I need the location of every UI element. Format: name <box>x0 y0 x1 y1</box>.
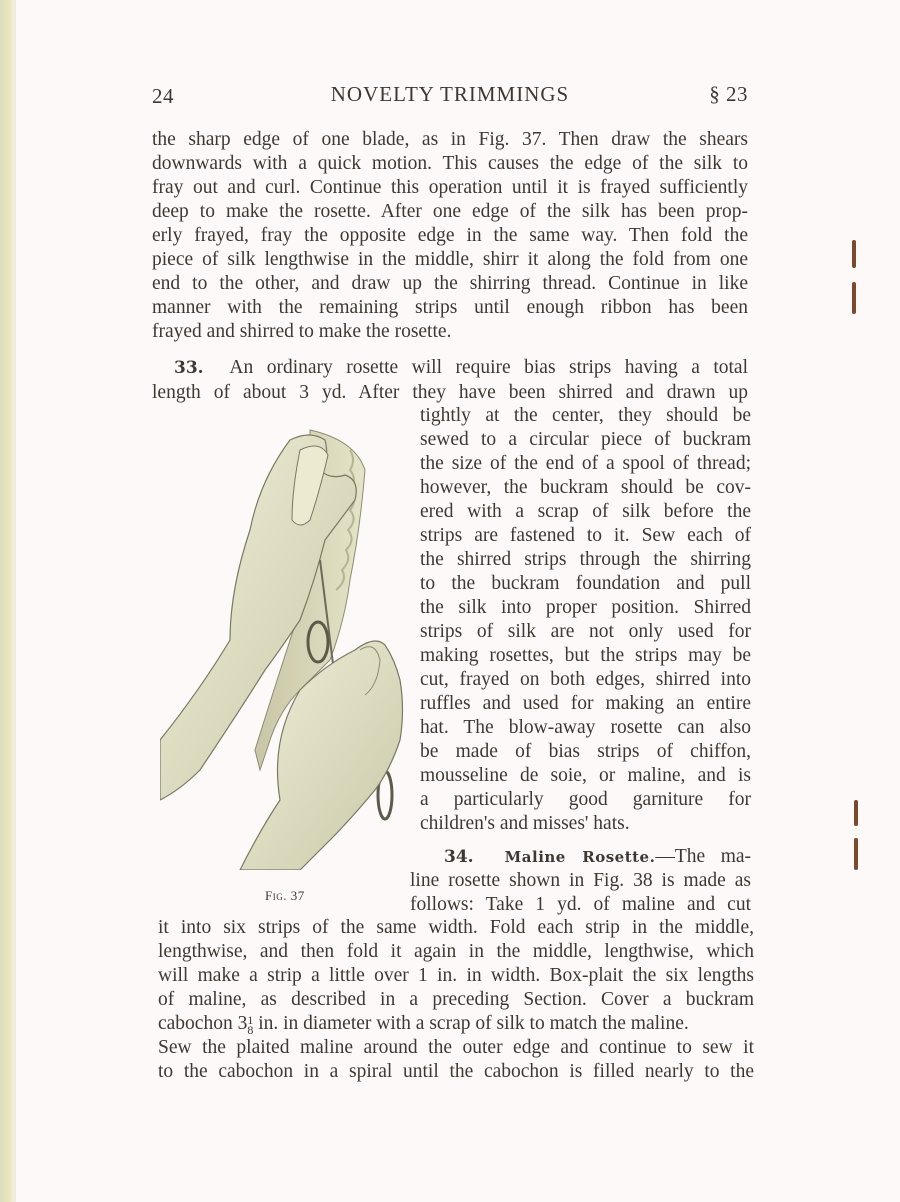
text-line: the size of the end of a spool of thread… <box>420 452 751 476</box>
text-line: however, the buckram should be cov- <box>420 476 751 500</box>
text-line: Sew the plaited maline around the outer … <box>158 1036 754 1060</box>
text-line: mousseline de soie, or maline, and is <box>420 764 751 788</box>
text-line: children's and misses' hats. <box>420 812 751 836</box>
text-line: follows: Take 1 yd. of maline and cut <box>410 893 751 917</box>
run-in-heading: Maline Rosette. <box>505 848 656 866</box>
text-line: cut, frayed on both edges, shirred into <box>420 668 751 692</box>
text-line: the silk into proper position. Shirred <box>420 596 751 620</box>
text-line: length of about 3 yd. After they have be… <box>152 381 748 405</box>
text-line: ruffles and used for making an entire <box>420 692 751 716</box>
text-line: to the cabochon in a spiral until the ca… <box>158 1060 754 1084</box>
text-line: ered with a scrap of silk before the <box>420 500 751 524</box>
binding-mark <box>854 800 858 826</box>
figure-caption: Fig. 37 <box>265 888 305 904</box>
text-line: sewed to a circular piece of buckram <box>420 428 751 452</box>
paragraph-number: 33. <box>174 358 204 378</box>
text-line: a particularly good garniture for <box>420 788 751 812</box>
text-line: manner with the remaining strips until e… <box>152 296 748 320</box>
text-line: frayed and shirred to make the rosette. <box>152 320 748 344</box>
text-line: strips of silk are not only used for <box>420 620 751 644</box>
hands-fraying-silk-illustration <box>160 410 410 870</box>
binding-mark <box>852 240 856 268</box>
text-line: hat. The blow-away rosette can also <box>420 716 751 740</box>
text-line: tightly at the center, they should be <box>420 404 751 428</box>
text-line: fray out and curl. Continue this operati… <box>152 176 748 200</box>
text-line: it into six strips of the same width. Fo… <box>158 916 754 940</box>
text-line: will make a strip a little over 1 in. in… <box>158 964 754 988</box>
text-line: erly frayed, fray the opposite edge in t… <box>152 224 748 248</box>
page-header: 24 NOVELTY TRIMMINGS § 23 <box>152 80 748 110</box>
text-line: making rosettes, but the strips may be <box>420 644 751 668</box>
text-line: the shirred strips through the shirring <box>420 548 751 572</box>
section-number: § 23 <box>709 82 748 107</box>
text-line: be made of bias strips of chiffon, <box>420 740 751 764</box>
text-line: of maline, as described in a preceding S… <box>158 988 754 1012</box>
text-line: 34. Maline Rosette.—The ma- <box>444 845 751 869</box>
text-line: downwards with a quick motion. This caus… <box>152 152 748 176</box>
text-line: deep to make the rosette. After one edge… <box>152 200 748 224</box>
text-line: the sharp edge of one blade, as in Fig. … <box>152 128 748 152</box>
page-gutter <box>12 0 16 1202</box>
text-line: to the buckram foundation and pull <box>420 572 751 596</box>
text-line: lengthwise, and then fold it again in th… <box>158 940 754 964</box>
binding-mark <box>852 282 856 314</box>
text-line: piece of silk lengthwise in the middle, … <box>152 248 748 272</box>
text-line: end to the other, and draw up the shirri… <box>152 272 748 296</box>
figure-37-illustration <box>160 410 410 870</box>
text-line: strips are fastened to it. Sew each of <box>420 524 751 548</box>
text-line: line rosette shown in Fig. 38 is made as <box>410 869 751 893</box>
binding-mark <box>854 838 858 870</box>
text-line-with-fraction: cabochon 318 in. in diameter with a scra… <box>158 1012 754 1036</box>
paragraph-number: 34. <box>444 847 474 867</box>
running-title: NOVELTY TRIMMINGS <box>152 82 748 107</box>
text-line: 33. An ordinary rosette will require bia… <box>174 356 748 380</box>
